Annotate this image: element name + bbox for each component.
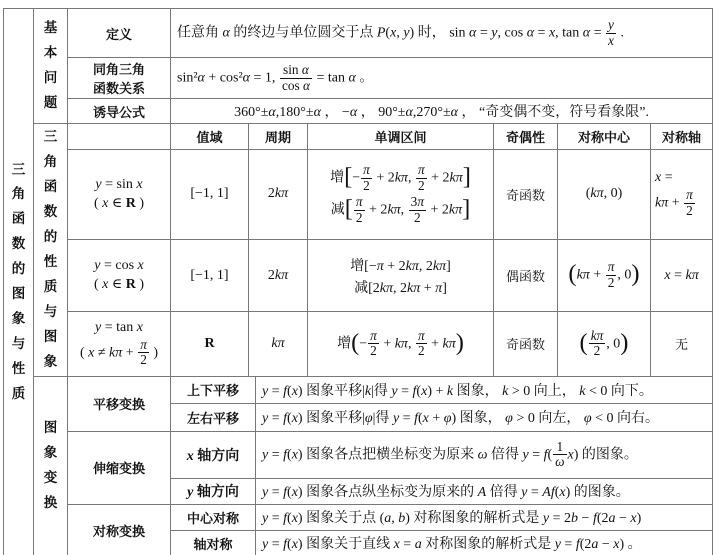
definition-content: 任意角 α 的终边与单位圆交于点 P(x, y) 时， sin α = y, c…: [171, 9, 713, 58]
sin-symmetry-center: (kπ, 0): [558, 150, 651, 240]
sin-period: 2kπ: [249, 150, 308, 240]
section-basic-label: 基本问题: [34, 9, 68, 124]
sin-function-name: y = sin x ( x ∈ R ): [68, 150, 171, 240]
sin-monotonic: 增[−π2 + 2kπ, π2 + 2kπ] 减[π2 + 2kπ, 3π2 +…: [308, 150, 494, 240]
header-symmetry-axis: 对称轴: [651, 124, 713, 150]
definition-label: 定义: [68, 9, 171, 58]
header-monotonic: 单调区间: [308, 124, 494, 150]
tan-monotonic: 增(−π2 + kπ, π2 + kπ): [308, 312, 494, 376]
scaling-y-content: y = f(x) 图象各点纵坐标变为原来的 A 倍得 y = Af(x) 的图象…: [256, 478, 713, 504]
induction-label: 诱导公式: [68, 99, 171, 124]
reference-sheet: 三角函数的图象与性质 基本问题 定义 任意角 α 的终边与单位圆交于点 P(x,…: [0, 8, 720, 555]
header-blank-cell: [68, 124, 171, 150]
tan-period: kπ: [249, 312, 308, 376]
identity-label: 同角三角 函数关系: [68, 58, 171, 99]
induction-content: 360°±α,180°±α ， −α ， 90°±α,270°±α ， “奇变偶…: [171, 99, 713, 124]
tan-range: R: [171, 312, 249, 376]
header-range: 值域: [171, 124, 249, 150]
header-parity: 奇偶性: [494, 124, 558, 150]
symmetry-axis-label: 轴对称: [171, 530, 256, 555]
header-symmetry-center: 对称中心: [558, 124, 651, 150]
sin-parity: 奇函数: [494, 150, 558, 240]
translation-vertical-label: 上下平移: [171, 376, 256, 403]
scaling-y-label: y 轴方向: [171, 478, 256, 504]
scaling-x-content: y = f(x) 图象各点把横坐标变为原来 ω 倍得 y = f(1ωx) 的图…: [256, 431, 713, 478]
main-title: 三角函数的图象与性质: [4, 9, 34, 555]
scaling-group-label: 伸缩变换: [68, 431, 171, 504]
symmetry-group-label: 对称变换: [68, 504, 171, 555]
cos-period: 2kπ: [249, 239, 308, 311]
translation-horizontal-content: y = f(x) 图象平移|φ|得 y = f(x + φ) 图象， φ > 0…: [256, 403, 713, 431]
trig-summary-table: 三角函数的图象与性质 基本问题 定义 任意角 α 的终边与单位圆交于点 P(x,…: [3, 8, 713, 555]
header-period: 周期: [249, 124, 308, 150]
tan-function-name: y = tan x ( x ≠ kπ + π2 ): [68, 312, 171, 376]
cos-function-name: y = cos x ( x ∈ R ): [68, 239, 171, 311]
tan-symmetry-axis: 无: [651, 312, 713, 376]
cos-range: [−1, 1]: [171, 239, 249, 311]
symmetry-center-label: 中心对称: [171, 504, 256, 530]
section-properties-label: 三角函数的性质与图象: [34, 124, 68, 377]
symmetry-axis-content: y = f(x) 图象关于直线 x = a 对称图象的解析式是 y = f(2a…: [256, 530, 713, 555]
tan-parity: 奇函数: [494, 312, 558, 376]
cos-symmetry-axis: x = kπ: [651, 239, 713, 311]
section-transform-label: 图象变换: [34, 376, 68, 555]
translation-group-label: 平移变换: [68, 376, 171, 431]
identity-content: sin²α + cos²α = 1, sin αcos α = tan α 。: [171, 58, 713, 99]
tan-symmetry-center: (kπ2, 0): [558, 312, 651, 376]
translation-vertical-content: y = f(x) 图象平移|k|得 y = f(x) + k 图象， k > 0…: [256, 376, 713, 403]
symmetry-center-content: y = f(x) 图象关于点 (a, b) 对称图象的解析式是 y = 2b −…: [256, 504, 713, 530]
translation-horizontal-label: 左右平移: [171, 403, 256, 431]
sin-range: [−1, 1]: [171, 150, 249, 240]
sin-symmetry-axis: x = kπ + π2: [651, 150, 713, 240]
cos-parity: 偶函数: [494, 239, 558, 311]
cos-monotonic: 增[−π + 2kπ, 2kπ] 减[2kπ, 2kπ + π]: [308, 239, 494, 311]
cos-symmetry-center: (kπ + π2, 0): [558, 239, 651, 311]
scaling-x-label: x 轴方向: [171, 431, 256, 478]
